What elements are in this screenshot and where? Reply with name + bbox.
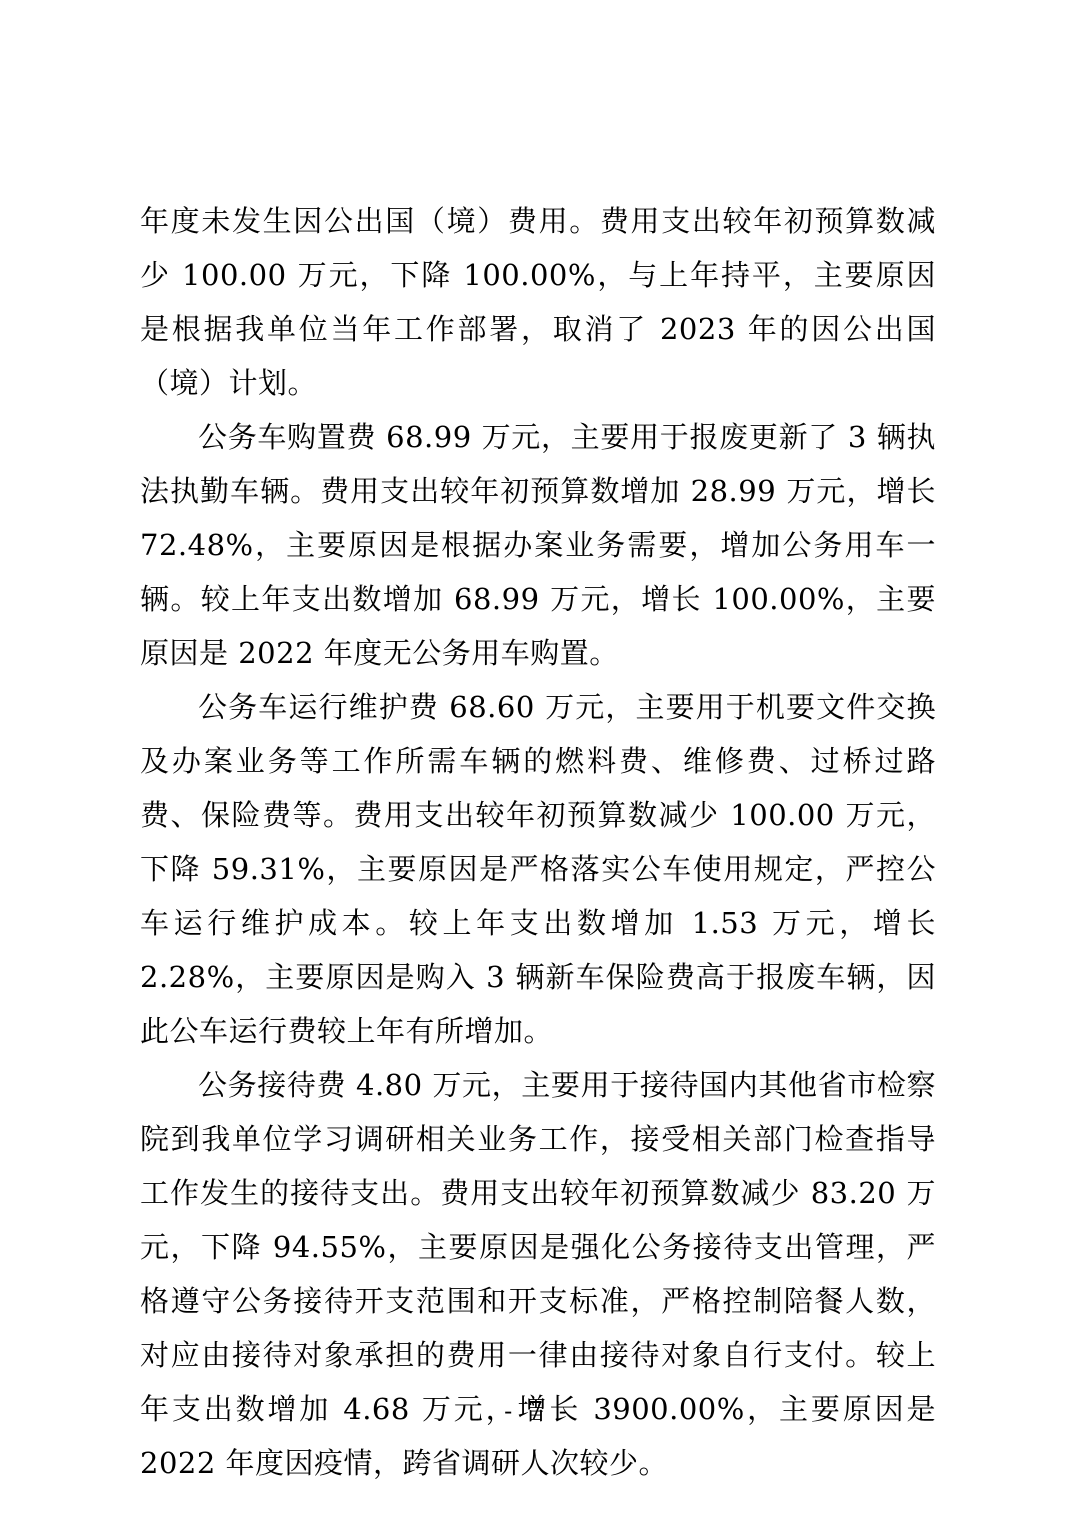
document-page: 年度未发生因公出国（境）费用。费用支出较年初预算数减少 100.00 万元，下降…: [0, 0, 1075, 1520]
paragraph-overseas-travel-expense: 年度未发生因公出国（境）费用。费用支出较年初预算数减少 100.00 万元，下降…: [140, 194, 936, 410]
document-body: 年度未发生因公出国（境）费用。费用支出较年初预算数减少 100.00 万元，下降…: [140, 194, 936, 1490]
paragraph-vehicle-maintenance-expense: 公务车运行维护费 68.60 万元，主要用于机要文件交换及办案业务等工作所需车辆…: [140, 680, 936, 1058]
paragraph-vehicle-purchase-expense: 公务车购置费 68.99 万元，主要用于报废更新了 3 辆执法执勤车辆。费用支出…: [140, 410, 936, 680]
page-number: - 7 -: [0, 1396, 1075, 1426]
